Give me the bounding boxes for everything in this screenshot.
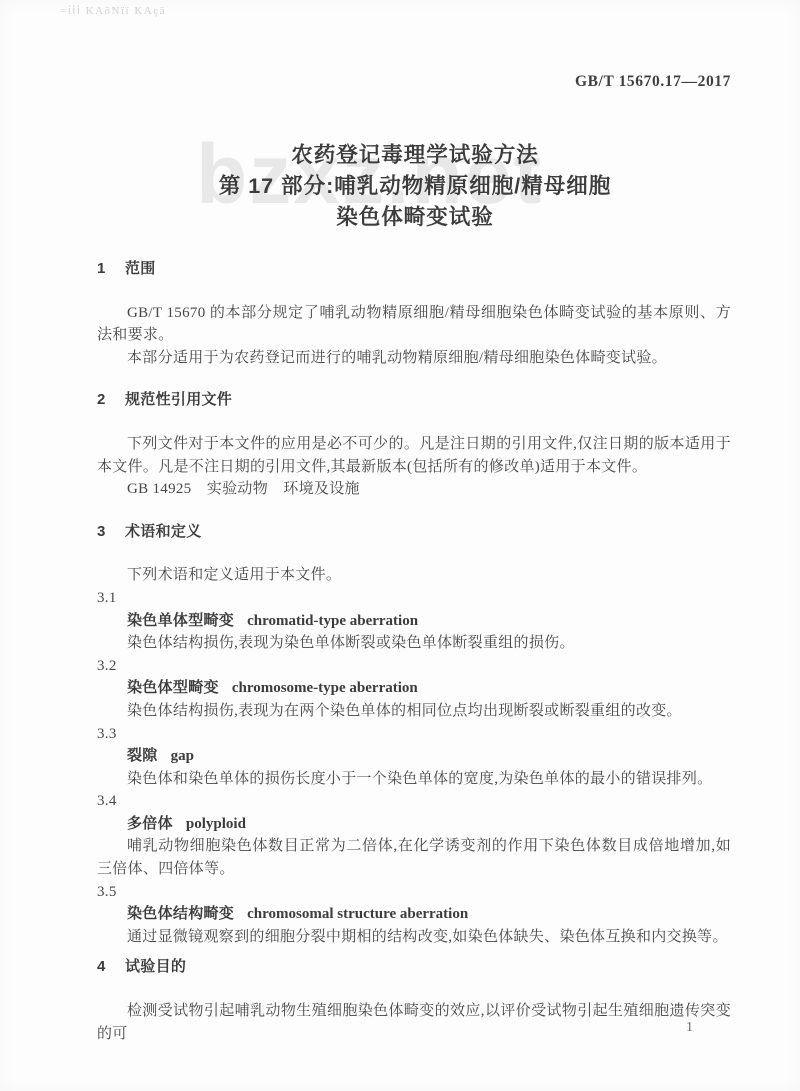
section-4-heading: 4试验目的 [97, 956, 731, 979]
scan-artifact-watermark: =ⅰⅰⅰ KAöNïï KAçä [60, 4, 166, 17]
term-3-1-number: 3.1 [97, 587, 731, 610]
document-page: =ⅰⅰⅰ KAöNïï KAçä GB/T 15670.17—2017 bzxz… [0, 0, 800, 1091]
term-3-5-number: 3.5 [97, 881, 731, 904]
section-2-title: 规范性引用文件 [125, 391, 232, 408]
section-1-paragraph-2: 本部分适用于为农药登记而进行的哺乳动物精原细胞/精母细胞染色体畸变试验。 [97, 347, 731, 370]
document-body: 1范围 GB/T 15670 的本部分规定了哺乳动物精原细胞/精母细胞染色体畸变… [97, 258, 731, 1045]
normative-reference: GB 14925 实验动物 环境及设施 [97, 478, 731, 501]
term-3-1-title: 染色单体型畸变chromatid-type aberration [97, 610, 731, 633]
term-3-5-chinese: 染色体结构畸变 [127, 905, 234, 922]
term-3-2-title: 染色体型畸变chromosome-type aberration [97, 677, 731, 700]
term-3-2-definition: 染色体结构损伤,表现为在两个染色单体的相同位点均出现断裂或断裂重组的改变。 [97, 700, 731, 723]
term-3-4-chinese: 多倍体 [127, 815, 173, 832]
document-title: 农药登记毒理学试验方法 第 17 部分:哺乳动物精原细胞/精母细胞 染色体畸变试… [97, 140, 733, 233]
section-1-title: 范围 [125, 260, 156, 277]
section-1-paragraph-1: GB/T 15670 的本部分规定了哺乳动物精原细胞/精母细胞染色体畸变试验的基… [97, 302, 731, 347]
term-3-1-chinese: 染色单体型畸变 [127, 612, 234, 629]
section-3-heading: 3术语和定义 [97, 521, 731, 544]
term-3-1-english: chromatid-type aberration [247, 613, 418, 629]
term-3-3-chinese: 裂隙 [127, 747, 158, 764]
section-1-number: 1 [97, 258, 111, 281]
term-3-1-definition: 染色体结构损伤,表现为染色单体断裂或染色单体断裂重组的损伤。 [97, 632, 731, 655]
section-3-intro: 下列术语和定义适用于本文件。 [97, 564, 731, 587]
standard-number: GB/T 15670.17—2017 [575, 73, 731, 91]
term-3-3-number: 3.3 [97, 723, 731, 746]
title-line-3: 染色体畸变试验 [97, 202, 733, 233]
term-3-5-definition: 通过显微镜观察到的细胞分裂中期相的结构改变,如染色体缺失、染色体互换和内交换等。 [97, 926, 731, 949]
term-3-3-definition: 染色体和染色单体的损伤长度小于一个染色单体的宽度,为染色单体的最小的错误排列。 [97, 768, 731, 791]
term-3-2-number: 3.2 [97, 655, 731, 678]
term-3-2-chinese: 染色体型畸变 [127, 679, 219, 696]
term-3-3-english: gap [171, 748, 194, 764]
term-3-5-title: 染色体结构畸变chromosomal structure aberration [97, 903, 731, 926]
term-3-4-definition: 哺乳动物细胞染色体数目正常为二倍体,在化学诱变剂的作用下染色体数目成倍地增加,如… [97, 835, 731, 880]
term-3-5-english: chromosomal structure aberration [247, 906, 468, 922]
section-4-paragraph-1: 检测受试物引起哺乳动物生殖细胞染色体畸变的效应,以评价受试物引起生殖细胞遗传突变… [97, 1000, 731, 1045]
section-1-heading: 1范围 [97, 258, 731, 281]
section-4-title: 试验目的 [125, 958, 186, 975]
section-3-title: 术语和定义 [125, 523, 202, 540]
title-line-2: 第 17 部分:哺乳动物精原细胞/精母细胞 [97, 171, 733, 202]
section-3-number: 3 [97, 521, 111, 544]
term-3-4-number: 3.4 [97, 790, 731, 813]
section-2-paragraph-1: 下列文件对于本文件的应用是必不可少的。凡是注日期的引用文件,仅注日期的版本适用于… [97, 433, 731, 478]
term-3-4-title: 多倍体polyploid [97, 813, 731, 836]
term-3-4-english: polyploid [186, 816, 246, 832]
section-2-number: 2 [97, 389, 111, 412]
term-3-2-english: chromosome-type aberration [232, 680, 418, 696]
section-4-number: 4 [97, 956, 111, 979]
section-2-heading: 2规范性引用文件 [97, 389, 731, 412]
title-line-1: 农药登记毒理学试验方法 [97, 140, 733, 171]
term-3-3-title: 裂隙gap [97, 745, 731, 768]
